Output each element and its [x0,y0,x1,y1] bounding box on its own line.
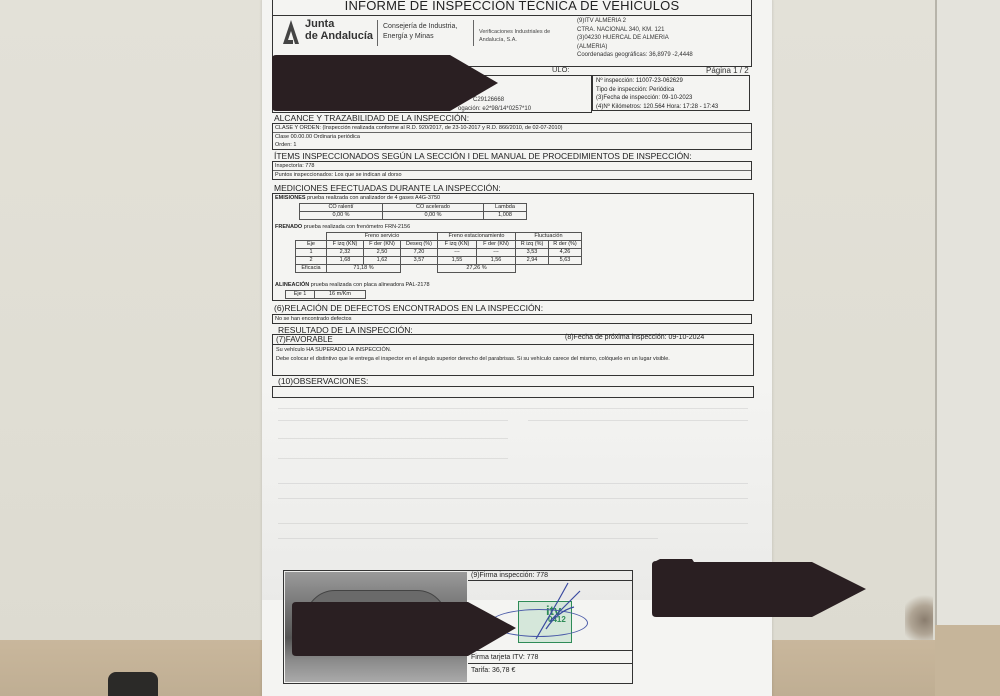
company-name: Verificaciones Industriales de Andalucía… [479,28,550,44]
fee: Tarifa: 36,78 € [468,664,632,677]
braking-cell: 2,32 [327,249,364,257]
braking-cell: 3,53 [516,249,549,257]
braking-cell: 2 [296,257,327,265]
redaction-arrow-bottom-icon [292,600,518,660]
braking-cell: --- [438,249,477,257]
scope-box: CLASE Y ORDEN: (Inspección realizada con… [272,123,752,150]
braking-cell: 7,20 [401,249,438,257]
braking-header-cell: F izq (KN) [438,241,477,249]
braking-cell: 1,55 [438,257,477,265]
braking-cell: 1,68 [327,257,364,265]
inspection-signature-label: (9)Firma inspección: 778 [468,571,632,581]
dark-object [108,672,158,696]
defects-heading: (6)RELACIÓN DE DEFECTOS ENCONTRADOS EN L… [274,303,543,313]
alignment-table: Eje 1 16 m/Km [285,290,366,299]
measurements-box: EMISIONES prueba realizada con analizado… [272,193,754,301]
emissions-table: CO ralentí CO acelerado Lambda 0,00 % 0,… [299,203,527,220]
page-number: Página 1 / 2 [706,66,749,75]
braking-header-cell: Deseq (%) [401,241,438,249]
braking-header-cell: Eje [296,241,327,249]
braking-cell: 1,56 [477,257,516,265]
braking-cell: 1 [296,249,327,257]
reverse-side-show-through [278,398,748,568]
alignment-label: ALINEACIÓN prueba realizada con placa al… [275,282,430,288]
table-row: 21,681,623,571,551,562,945,63 [296,257,582,265]
inspection-info-box: Nº inspección: 11007-23-062629 Tipo de i… [592,75,750,111]
braking-table: Freno servicio Freno estacionamiento Flu… [295,232,582,273]
table-chip-damage [905,590,933,640]
braking-header-cell: R der (%) [549,241,582,249]
braking-cell: --- [477,249,516,257]
braking-header-cell: R izq (%) [516,241,549,249]
observations-heading: (10)OBSERVACIONES: [278,376,368,386]
items-box: Inspectoría: 778 Puntos inspeccionados: … [272,161,752,180]
emissions-label: EMISIONES prueba realizada con analizado… [275,195,440,201]
scope-heading: ALCANCE Y TRAZABILIDAD DE LA INSPECCIÓN: [274,113,469,123]
floor-corner [935,625,1000,696]
result-instructions: Debe colocar el distintivo que le entreg… [276,355,752,363]
braking-header-cell: F der (KN) [364,241,401,249]
braking-cell: 2,50 [364,249,401,257]
braking-cell: 3,57 [401,257,438,265]
adjacent-table-surface [937,0,1000,625]
table-row: 12,322,507,20------3,534,26 [296,249,582,257]
result-message: Su vehículo HA SUPERADO LA INSPECCIÓN. [276,347,391,353]
divider [473,20,474,46]
items-heading: ÍTEMS INSPECCIONADOS SEGÚN LA SECCIÓN I … [274,151,692,161]
braking-cell: 1,62 [364,257,401,265]
braking-cell: 5,63 [549,257,582,265]
vehicle-section-heading: ULO: [552,66,570,75]
signature-scribble-icon [528,581,588,641]
redaction-arrow-right-icon [652,555,868,621]
measurements-heading: MEDICIONES EFECTUADAS DURANTE LA INSPECC… [274,183,501,193]
defects-box: No se han encontrado defectos [272,314,752,324]
station-address: (9)ITV ALMERIA 2 CTRA. NACIONAL 340, KM.… [577,17,693,60]
logo-text: Junta de Andalucía [305,18,373,42]
observations-box [272,386,754,398]
result-box: (7)FAVORABLE (8)Fecha de próxima inspecc… [272,334,754,376]
divider [273,344,753,345]
braking-header-cell: F der (KN) [477,241,516,249]
junta-andalucia-logo-icon [281,18,301,44]
braking-cell: 4,26 [549,249,582,257]
ministry-name: Consejería de Industria, Energía y Minas [383,22,457,42]
braking-cell: 2,94 [516,257,549,265]
redaction-arrow-top-icon [272,53,500,113]
result-verdict: (7)FAVORABLE [276,335,333,344]
divider [377,20,378,46]
braking-header-cell: F izq (KN) [327,241,364,249]
braking-label: FRENADO prueba realizada con frenómetro … [275,224,410,230]
next-inspection-date: (8)Fecha de próxima inspección: 09-10-20… [565,334,704,342]
